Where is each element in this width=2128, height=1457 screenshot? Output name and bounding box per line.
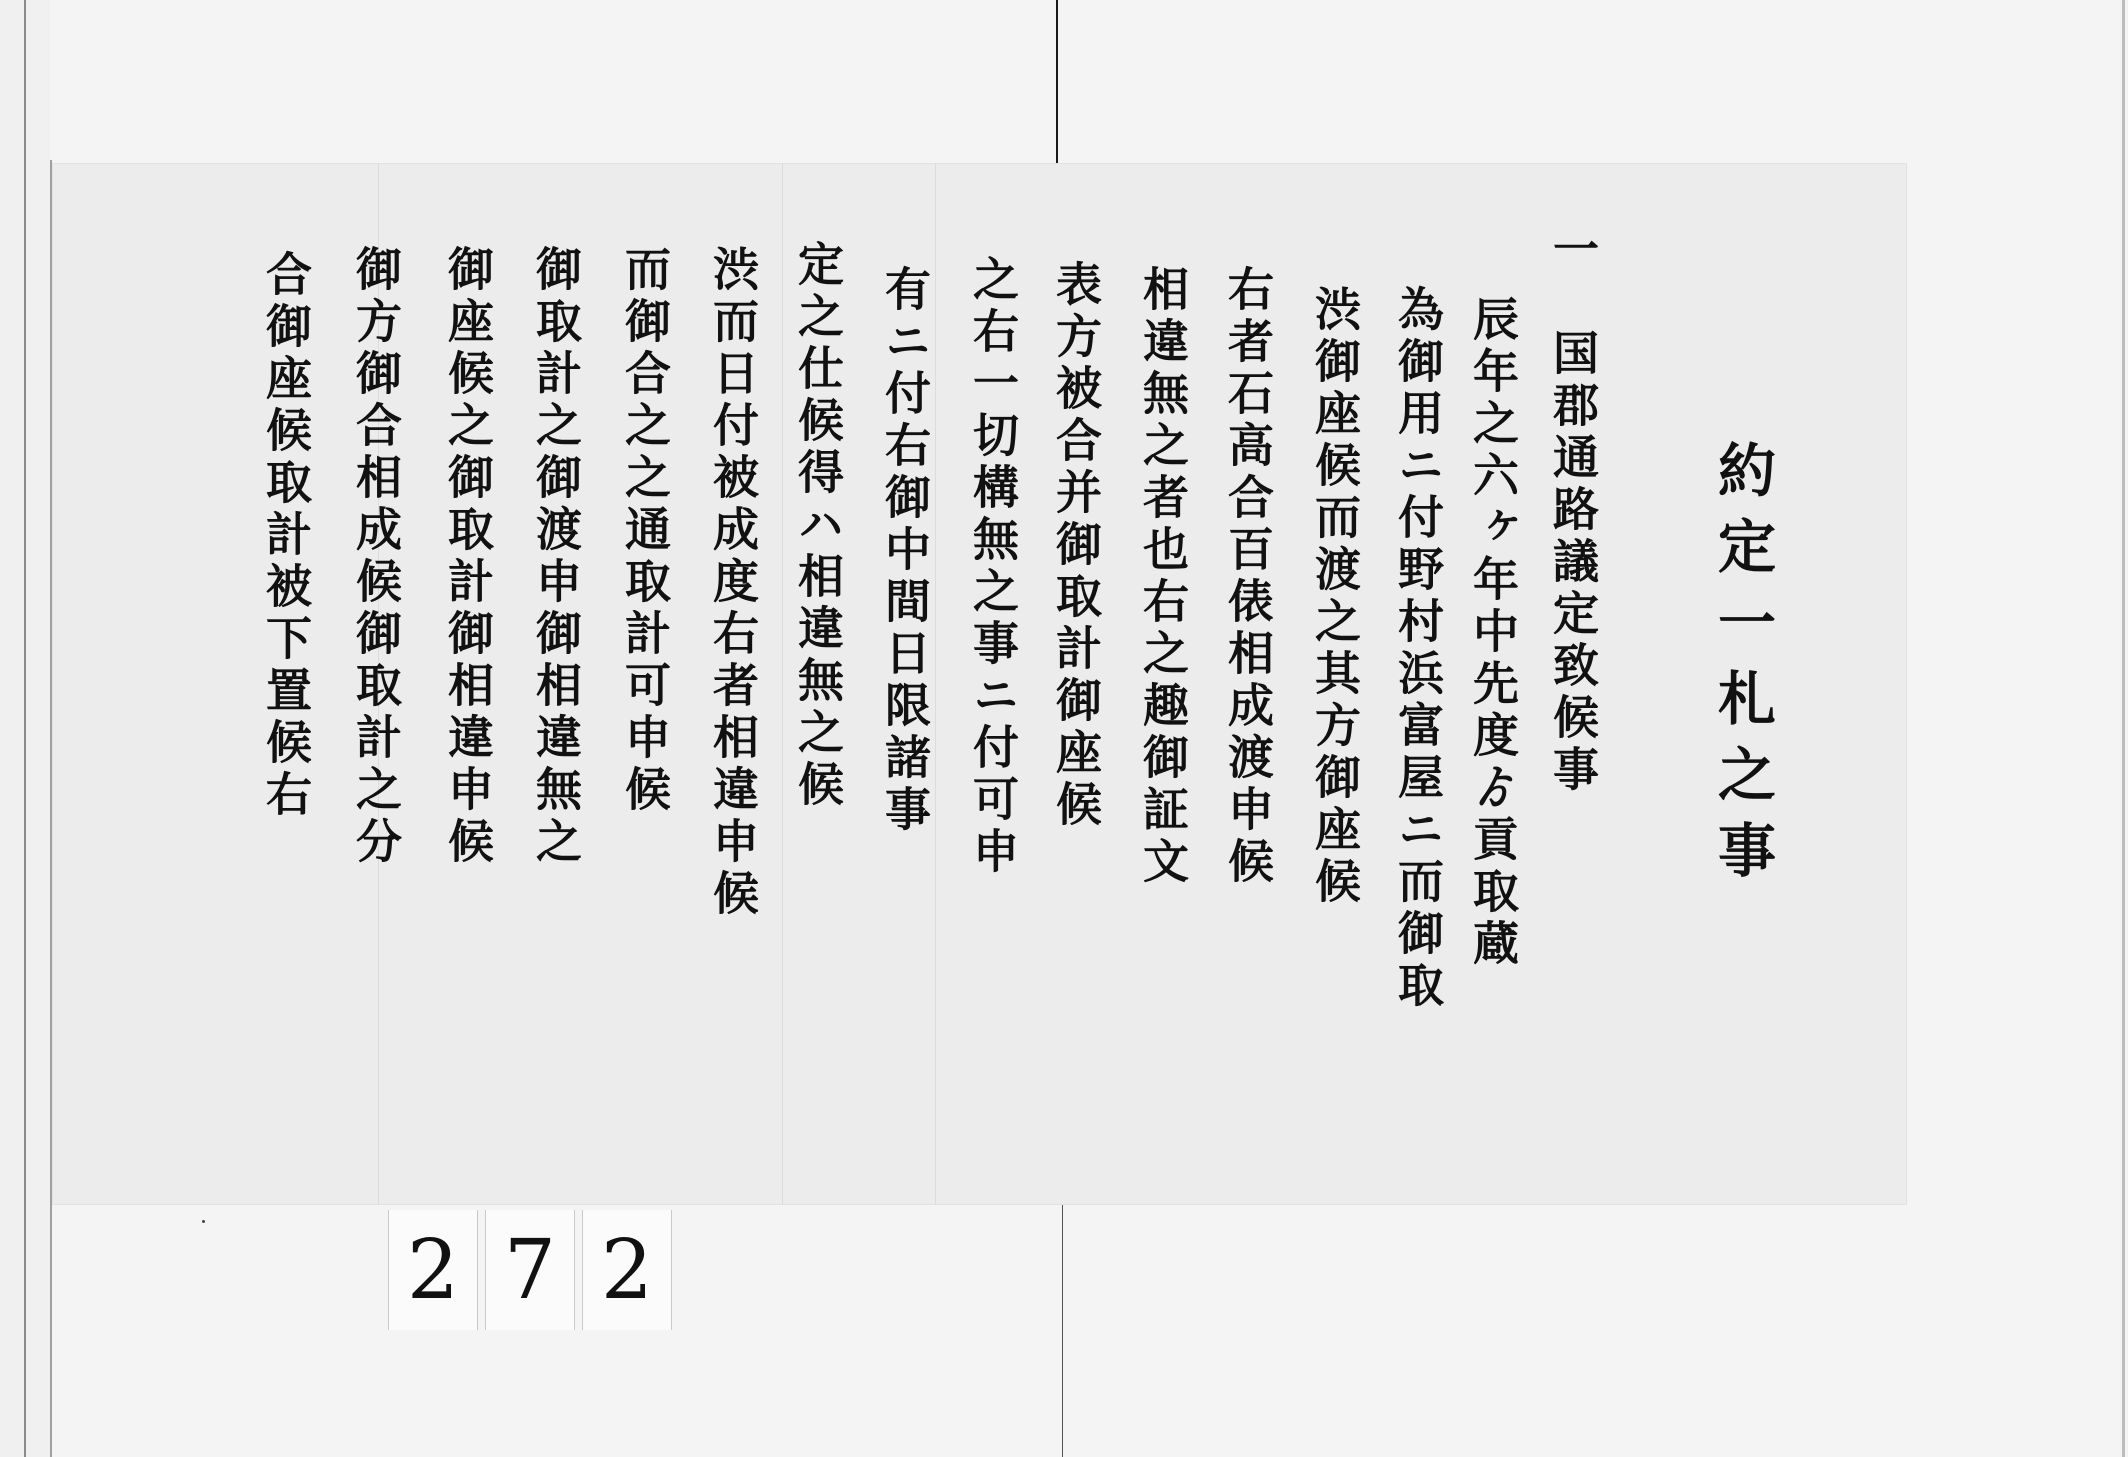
text-column: 右者石高合百俵相成渡申候 <box>1215 265 1281 889</box>
text-column: 辰年之六ヶ年中先度ゟ貢取蔵 <box>1460 295 1526 971</box>
top-seam-line <box>1056 0 1058 168</box>
text-column: 御方御合相成候御取計之分 <box>343 245 409 869</box>
page-number-digit: 2 <box>388 1210 478 1330</box>
text-column: 定之仕候得ハ相違無之候 <box>785 240 851 812</box>
text-column: 之右一切構無之事ニ付可申 <box>960 255 1026 879</box>
speck <box>202 1220 205 1223</box>
document-title: 約定一札之事 <box>1700 440 1784 896</box>
text-column: 渋而日付被成度右者相違申候 <box>700 245 766 921</box>
text-column: 一 国郡通路議定致候事 <box>1540 225 1606 797</box>
right-page-edge <box>2122 0 2125 1457</box>
left-page-edge <box>24 0 26 1457</box>
text-column: 合御座候取計被下置候右 <box>253 250 319 822</box>
text-column: 相違無之者也右之趣御証文 <box>1130 265 1196 889</box>
bottom-seam-line <box>1062 1205 1063 1457</box>
text-column: 御座候之御取計御相違申候 <box>435 245 501 869</box>
text-column: 有ニ付右御中間日限諸事 <box>872 265 938 837</box>
text-column: 而御合之之通取計可申候 <box>612 245 678 817</box>
text-column: 為御用ニ付野村浜富屋ニ而御取 <box>1385 285 1451 1013</box>
paper-fold <box>782 163 783 1205</box>
text-column: 表方被合并御取計御座候 <box>1043 260 1109 832</box>
page-number-digit: 7 <box>485 1210 575 1330</box>
page-number-digit: 2 <box>582 1210 672 1330</box>
text-column: 渋御座候而渡之其方御座候 <box>1302 285 1368 909</box>
text-column: 御取計之御渡申御相違無之 <box>523 245 589 869</box>
